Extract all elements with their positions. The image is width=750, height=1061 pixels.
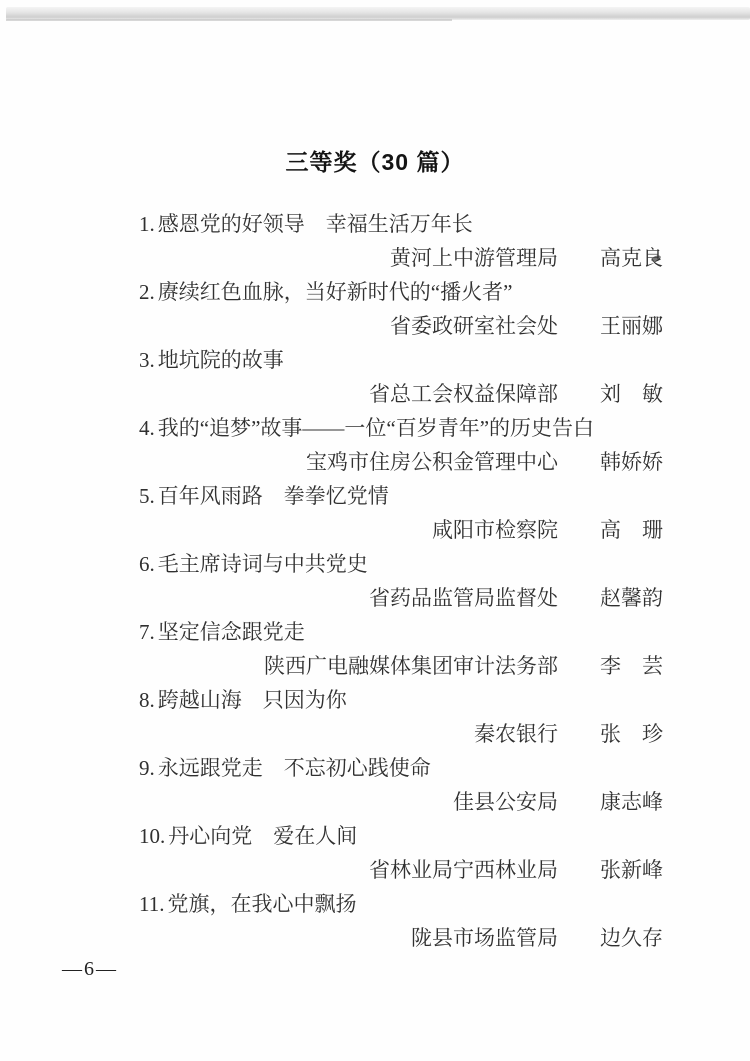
entry-title-line: 2.赓续红色血脉，当好新时代的“播火者” — [139, 275, 663, 309]
entry-organization: 省总工会权益保障部 — [369, 382, 558, 406]
entry-organization: 宝鸡市住房公积金管理中心 — [306, 450, 558, 474]
entry-number: 3. — [139, 348, 155, 372]
entry-number: 5. — [139, 484, 155, 508]
entry-title-line: 4.我的“追梦”故事——一位“百岁青年”的历史告白 — [139, 411, 663, 445]
entry-title-text: 我的“追梦”故事——一位“百岁青年”的历史告白 — [158, 416, 594, 440]
entry-title-text: 坚定信念跟党走 — [158, 620, 305, 644]
entry-attribution-line: 佳县公安局康志峰 — [139, 785, 663, 819]
entry-title-line: 1.感恩党的好领导 幸福生活万年长 — [139, 207, 663, 241]
entry-attribution-line: 宝鸡市住房公积金管理中心韩娇娇 — [139, 445, 663, 479]
entry-author-name: 王丽娜 — [600, 309, 663, 343]
entry-title-text: 跨越山海 只因为你 — [158, 688, 347, 712]
entry-author-name: 高克良 — [600, 241, 663, 275]
list-item: 5.百年风雨路 拳拳忆党情咸阳市检察院高 珊 — [139, 479, 663, 547]
entry-attribution-line: 省总工会权益保障部刘 敏 — [139, 377, 663, 411]
entry-attribution-line: 咸阳市检察院高 珊 — [139, 513, 663, 547]
entry-title-line: 5.百年风雨路 拳拳忆党情 — [139, 479, 663, 513]
entry-title-text: 党旗，在我心中飘扬 — [167, 892, 356, 916]
entry-title-line: 7.坚定信念跟党走 — [139, 615, 663, 649]
entry-title-text: 毛主席诗词与中共党史 — [158, 552, 368, 576]
entry-author-name: 高 珊 — [600, 513, 663, 547]
list-item: 11.党旗，在我心中飘扬陇县市场监管局边久存 — [139, 887, 663, 955]
entry-attribution-line: 秦农银行张 珍 — [139, 717, 663, 751]
page-title: 三等奖（30 篇） — [0, 144, 750, 177]
list-item: 10.丹心向党 爱在人间省林业局宁西林业局张新峰 — [139, 819, 663, 887]
entry-title-line: 11.党旗，在我心中飘扬 — [139, 887, 663, 921]
entry-title-text: 赓续红色血脉，当好新时代的“播火者” — [158, 280, 513, 304]
entry-organization: 陕西广电融媒体集团审计法务部 — [264, 654, 558, 678]
list-item: 3.地坑院的故事省总工会权益保障部刘 敏 — [139, 343, 663, 411]
entry-title-text: 丹心向党 爱在人间 — [168, 824, 357, 848]
entry-title-line: 6.毛主席诗词与中共党史 — [139, 547, 663, 581]
entry-title-line: 9.永远跟党走 不忘初心践使命 — [139, 751, 663, 785]
entry-attribution-line: 黄河上中游管理局高克良 — [139, 241, 663, 275]
scan-edge-artifact — [6, 7, 750, 20]
entry-organization: 秦农银行 — [474, 722, 558, 746]
entry-title-line: 10.丹心向党 爱在人间 — [139, 819, 663, 853]
entry-title-line: 3.地坑院的故事 — [139, 343, 663, 377]
entry-title-text: 永远跟党走 不忘初心践使命 — [158, 756, 431, 780]
list-item: 8.跨越山海 只因为你秦农银行张 珍 — [139, 683, 663, 751]
entry-organization: 省林业局宁西林业局 — [369, 858, 558, 882]
entry-attribution-line: 省林业局宁西林业局张新峰 — [139, 853, 663, 887]
entry-attribution-line: 陇县市场监管局边久存 — [139, 921, 663, 955]
entry-number: 9. — [139, 756, 155, 780]
entry-number: 8. — [139, 688, 155, 712]
entry-number: 4. — [139, 416, 155, 440]
entry-author-name: 康志峰 — [600, 785, 663, 819]
entry-author-name: 李 芸 — [600, 649, 663, 683]
list-item: 6.毛主席诗词与中共党史省药品监管局监督处赵馨韵 — [139, 547, 663, 615]
entry-author-name: 张新峰 — [600, 853, 663, 887]
entry-organization: 咸阳市检察院 — [432, 518, 558, 542]
list-item: 7.坚定信念跟党走陕西广电融媒体集团审计法务部李 芸 — [139, 615, 663, 683]
entry-number: 1. — [139, 212, 155, 236]
entry-author-name: 边久存 — [600, 921, 663, 955]
entry-author-name: 韩娇娇 — [600, 445, 663, 479]
entry-organization: 陇县市场监管局 — [411, 926, 558, 950]
list-item: 1.感恩党的好领导 幸福生活万年长黄河上中游管理局高克良 — [139, 207, 663, 275]
entry-number: 6. — [139, 552, 155, 576]
entry-title-text: 百年风雨路 拳拳忆党情 — [158, 484, 389, 508]
entry-organization: 省委政研室社会处 — [390, 314, 558, 338]
list-item: 4.我的“追梦”故事——一位“百岁青年”的历史告白宝鸡市住房公积金管理中心韩娇娇 — [139, 411, 663, 479]
document-page: 三等奖（30 篇） 1.感恩党的好领导 幸福生活万年长黄河上中游管理局高克良2.… — [0, 0, 750, 1061]
entry-author-name: 张 珍 — [600, 717, 663, 751]
entry-attribution-line: 省药品监管局监督处赵馨韵 — [139, 581, 663, 615]
entry-number: 11. — [139, 892, 164, 916]
entry-attribution-line: 省委政研室社会处王丽娜 — [139, 309, 663, 343]
entry-number: 10. — [139, 824, 165, 848]
entry-attribution-line: 陕西广电融媒体集团审计法务部李 芸 — [139, 649, 663, 683]
entry-title-text: 感恩党的好领导 幸福生活万年长 — [158, 212, 473, 236]
list-item: 9.永远跟党走 不忘初心践使命佳县公安局康志峰 — [139, 751, 663, 819]
list-item: 2.赓续红色血脉，当好新时代的“播火者”省委政研室社会处王丽娜 — [139, 275, 663, 343]
entry-author-name: 赵馨韵 — [600, 581, 663, 615]
page-number: —6— — [62, 958, 118, 981]
entry-title-line: 8.跨越山海 只因为你 — [139, 683, 663, 717]
entry-organization: 省药品监管局监督处 — [369, 586, 558, 610]
entry-author-name: 刘 敏 — [600, 377, 663, 411]
entry-number: 2. — [139, 280, 155, 304]
entry-organization: 黄河上中游管理局 — [390, 246, 558, 270]
entry-title-text: 地坑院的故事 — [158, 348, 284, 372]
entry-number: 7. — [139, 620, 155, 644]
award-list: 1.感恩党的好领导 幸福生活万年长黄河上中游管理局高克良2.赓续红色血脉，当好新… — [139, 207, 663, 955]
entry-organization: 佳县公安局 — [453, 790, 558, 814]
